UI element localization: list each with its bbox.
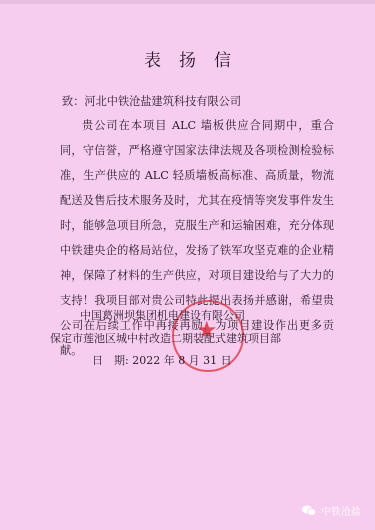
top-edge [0, 0, 375, 4]
signature-company: 中国葛洲坝集团机电建设有限公司 [80, 307, 375, 323]
signature-date: 日 期: 2022 年 8 月 31 日 [92, 352, 375, 368]
watermark: 中铁沧盐 [302, 503, 361, 518]
letter-title: 表扬信 [0, 46, 375, 71]
signature-department: 保定市莲池区城中村改造二期装配式建筑项目部 [50, 330, 375, 346]
salutation: 致：河北中铁沧盐建筑科技有限公司 [62, 93, 241, 109]
watermark-label: 中铁沧盐 [321, 503, 361, 518]
wechat-icon [302, 505, 316, 516]
